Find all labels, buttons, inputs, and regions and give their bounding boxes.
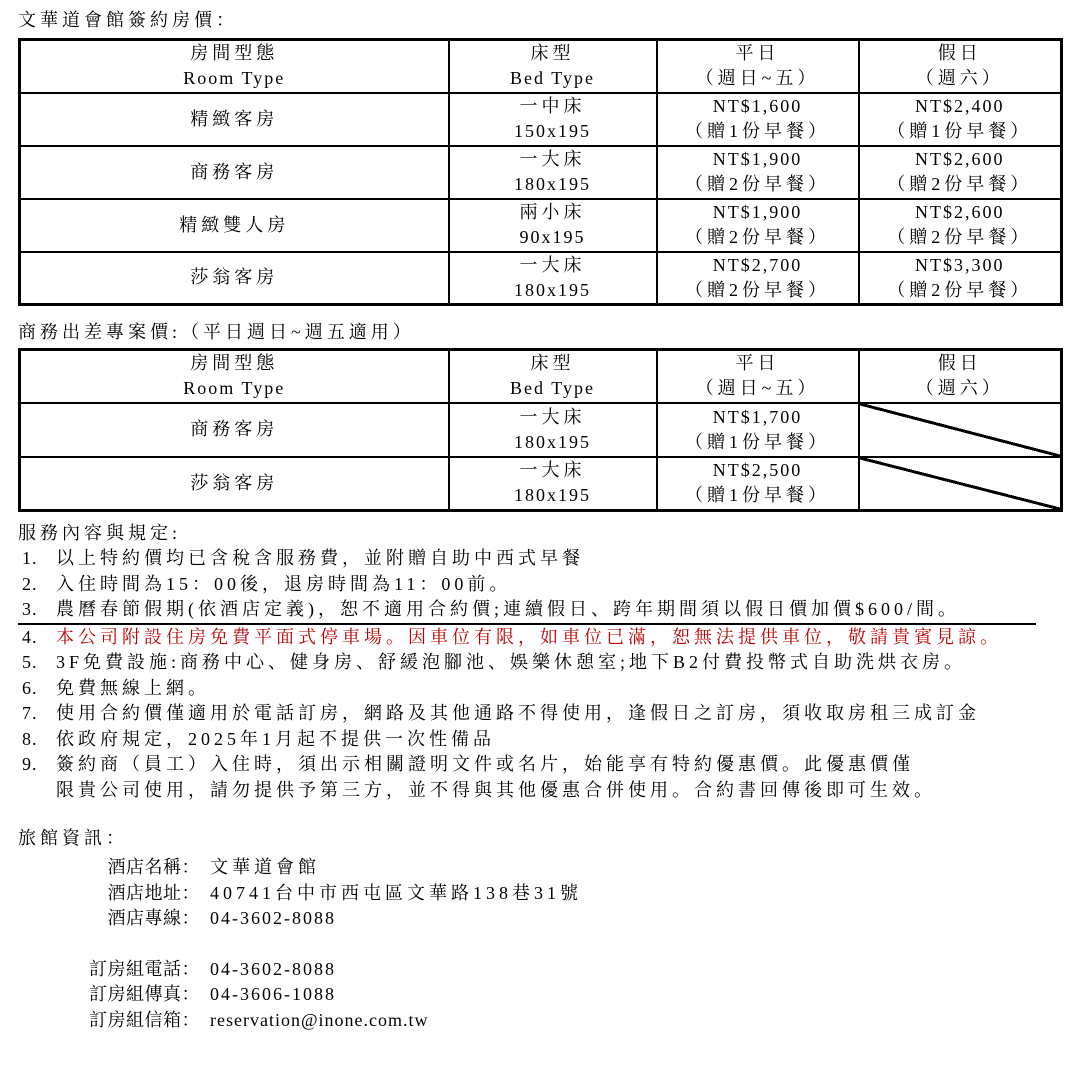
reservation-email-label: 訂房組信箱：	[18, 1008, 200, 1034]
bed-size: 180x195	[450, 172, 656, 197]
rule-item-7: 7. 使用合約價僅適用於電話訂房，網路及其他通路不得使用，逢假日之訂房，須收取房…	[18, 701, 1060, 727]
weekday-price-cell: NT$2,500 （贈1份早餐）	[657, 457, 859, 511]
reservation-phone-value: 04-3602-8088	[210, 957, 336, 983]
diagonal-strikethrough-cell	[859, 403, 1062, 457]
bed-size: 90x195	[450, 225, 656, 250]
reservation-phone-label: 訂房組電話：	[18, 957, 200, 983]
rule-item-2: 2. 入住時間為15：00後，退房時間為11：00前。	[18, 572, 1060, 598]
header-weekday-zh: 平日	[658, 351, 858, 376]
holiday-note: （贈2份早餐）	[860, 172, 1061, 197]
rule-number: 8.	[18, 727, 56, 753]
hotel-address-row: 酒店地址： 40741台中市西屯區文華路138巷31號	[18, 881, 1060, 907]
hotel-name-label: 酒店名稱：	[18, 855, 200, 881]
bed-name: 一大床	[450, 458, 656, 483]
hotel-info-title: 旅館資訊：	[18, 825, 1060, 851]
header-weekday-sub: （週日~五）	[658, 66, 858, 91]
weekday-note: （贈2份早餐）	[658, 278, 858, 303]
col-header-holiday: 假日 （週六）	[859, 350, 1062, 403]
rule-text: 3F免費設施:商務中心、健身房、舒緩泡腳池、娛樂休憩室;地下B2付費投幣式自助洗…	[56, 652, 966, 672]
rule-item-6: 6. 免費無線上網。	[18, 676, 1060, 702]
weekday-price-cell: NT$1,900 （贈2份早餐）	[657, 146, 859, 199]
header-holiday-sub: （週六）	[860, 66, 1061, 91]
bed-name: 一大床	[450, 253, 656, 278]
weekday-note: （贈1份早餐）	[658, 430, 858, 455]
table-row: 商務客房 一大床 180x195 NT$1,700 （贈1份早餐）	[20, 403, 1062, 457]
reservation-email-row: 訂房組信箱： reservation@inone.com.tw	[18, 1008, 1060, 1034]
header-bed-en: Bed Type	[450, 376, 656, 401]
hotel-phone-row: 酒店專線： 04-3602-8088	[18, 906, 1060, 932]
room-name-cell: 莎翁客房	[20, 457, 449, 511]
table-row: 商務客房 一大床 180x195 NT$1,900 （贈2份早餐） NT$2,6…	[20, 146, 1062, 199]
rule-text: 農曆春節假期(依酒店定義)，恕不適用合約價;連續假日、跨年期間須以假日價加價$6…	[56, 599, 960, 619]
contract-price-title: 文華道會館簽約房價：	[18, 8, 1060, 32]
bed-type-cell: 一大床 180x195	[449, 457, 657, 511]
weekday-note: （贈1份早餐）	[658, 483, 858, 508]
weekday-note: （贈2份早餐）	[658, 172, 858, 197]
col-header-bed-type: 床型 Bed Type	[449, 40, 657, 93]
rule-item-8: 8. 依政府規定，2025年1月起不提供一次性備品	[18, 727, 1060, 753]
header-bed-en: Bed Type	[450, 66, 656, 91]
weekday-price: NT$1,900	[658, 200, 858, 225]
header-room-zh: 房間型態	[21, 351, 448, 376]
rule-item-9: 9. 簽約商（員工）入住時，須出示相關證明文件或名片，始能享有特約優惠價。此優惠…	[18, 752, 1060, 803]
bed-name: 一中床	[450, 94, 656, 119]
holiday-price-cell: NT$2,600 （贈2份早餐）	[859, 199, 1062, 252]
rule-text: 以上特約價均已含稅含服務費，並附贈自助中西式早餐	[56, 548, 584, 568]
col-header-bed-type: 床型 Bed Type	[449, 350, 657, 403]
bed-name: 兩小床	[450, 200, 656, 225]
room-name-cell: 商務客房	[20, 146, 449, 199]
col-header-holiday: 假日 （週六）	[859, 40, 1062, 93]
holiday-price-cell: NT$3,300 （贈2份早餐）	[859, 252, 1062, 305]
reservation-email-value: reservation@inone.com.tw	[210, 1008, 429, 1034]
rule-text: 使用合約價僅適用於電話訂房，網路及其他通路不得使用，逢假日之訂房，須收取房租三成…	[56, 703, 980, 723]
rule-item-4-red: 4. 本公司附設住房免費平面式停車場。因車位有限，如車位已滿，恕無法提供車位，敬…	[18, 625, 1060, 651]
hotel-address-value: 40741台中市西屯區文華路138巷31號	[210, 881, 582, 907]
rule-number: 5.	[18, 650, 56, 676]
rule-number: 7.	[18, 701, 56, 727]
room-name-cell: 精緻客房	[20, 93, 449, 146]
table-row: 精緻客房 一中床 150x195 NT$1,600 （贈1份早餐） NT$2,4…	[20, 93, 1062, 146]
holiday-note: （贈2份早餐）	[860, 225, 1061, 250]
contract-price-table: 房間型態 Room Type 床型 Bed Type 平日 （週日~五） 假日 …	[18, 38, 1063, 306]
document-page: 文華道會館簽約房價： 房間型態 Room Type 床型 Bed Type 平日…	[0, 0, 1077, 1081]
holiday-price: NT$2,600	[860, 200, 1061, 225]
weekday-note: （贈2份早餐）	[658, 225, 858, 250]
rules-title: 服務內容與規定:	[18, 520, 1060, 546]
room-name-cell: 精緻雙人房	[20, 199, 449, 252]
reservation-fax-value: 04-3606-1088	[210, 982, 336, 1008]
weekday-price-cell: NT$1,600 （贈1份早餐）	[657, 93, 859, 146]
reservation-fax-row: 訂房組傳真： 04-3606-1088	[18, 982, 1060, 1008]
business-trip-title: 商務出差專案價:（平日週日~週五適用）	[18, 320, 1060, 344]
business-trip-table: 房間型態 Room Type 床型 Bed Type 平日 （週日~五） 假日 …	[18, 348, 1063, 512]
bed-size: 180x195	[450, 430, 656, 455]
diagonal-strikethrough-cell	[859, 457, 1062, 511]
weekday-price-cell: NT$2,700 （贈2份早餐）	[657, 252, 859, 305]
hotel-name-row: 酒店名稱： 文華道會館	[18, 855, 1060, 881]
rule-item-1: 1. 以上特約價均已含稅含服務費，並附贈自助中西式早餐	[18, 546, 1060, 572]
holiday-note: （贈1份早餐）	[860, 119, 1061, 144]
bed-size: 150x195	[450, 119, 656, 144]
holiday-note: （贈2份早餐）	[860, 278, 1061, 303]
holiday-price: NT$2,600	[860, 147, 1061, 172]
rule-text-red: 本公司附設住房免費平面式停車場。因車位有限，如車位已滿，恕無法提供車位，敬請貴賓…	[56, 627, 1002, 647]
col-header-room-type: 房間型態 Room Type	[20, 40, 449, 93]
rules-section: 服務內容與規定: 1. 以上特約價均已含稅含服務費，並附贈自助中西式早餐 2. …	[18, 520, 1060, 803]
hotel-phone-label: 酒店專線：	[18, 906, 200, 932]
rule-number: 4.	[18, 625, 56, 651]
hotel-info-section: 旅館資訊： 酒店名稱： 文華道會館 酒店地址： 40741台中市西屯區文華路13…	[18, 825, 1060, 1033]
weekday-price-cell: NT$1,700 （贈1份早餐）	[657, 403, 859, 457]
rule-number: 9.	[18, 752, 56, 778]
weekday-price: NT$1,700	[658, 405, 858, 430]
weekday-price: NT$2,500	[658, 458, 858, 483]
bed-size: 180x195	[450, 278, 656, 303]
holiday-price-cell: NT$2,400 （贈1份早餐）	[859, 93, 1062, 146]
reservation-fax-label: 訂房組傳真：	[18, 982, 200, 1008]
spacer	[18, 932, 1060, 957]
weekday-note: （贈1份早餐）	[658, 119, 858, 144]
header-weekday-sub: （週日~五）	[658, 376, 858, 401]
holiday-price: NT$3,300	[860, 253, 1061, 278]
table-row: 精緻雙人房 兩小床 90x195 NT$1,900 （贈2份早餐） NT$2,6…	[20, 199, 1062, 252]
bed-size: 180x195	[450, 483, 656, 508]
header-holiday-zh: 假日	[860, 351, 1061, 376]
table-header-row: 房間型態 Room Type 床型 Bed Type 平日 （週日~五） 假日 …	[20, 350, 1062, 403]
weekday-price-cell: NT$1,900 （贈2份早餐）	[657, 199, 859, 252]
bed-type-cell: 一大床 180x195	[449, 252, 657, 305]
room-name-cell: 商務客房	[20, 403, 449, 457]
rule-text-continued: 限貴公司使用，請勿提供予第三方，並不得與其他優惠合併使用。合約書回傳後即可生效。	[56, 778, 1060, 804]
bed-name: 一大床	[450, 147, 656, 172]
table-row: 莎翁客房 一大床 180x195 NT$2,700 （贈2份早餐） NT$3,3…	[20, 252, 1062, 305]
bed-type-cell: 一大床 180x195	[449, 403, 657, 457]
header-bed-zh: 床型	[450, 351, 656, 376]
col-header-room-type: 房間型態 Room Type	[20, 350, 449, 403]
holiday-price-cell: NT$2,600 （贈2份早餐）	[859, 146, 1062, 199]
header-room-zh: 房間型態	[21, 41, 448, 66]
bed-type-cell: 一大床 180x195	[449, 146, 657, 199]
room-name-cell: 莎翁客房	[20, 252, 449, 305]
header-room-en: Room Type	[21, 376, 448, 401]
rule-text: 免費無線上網。	[56, 678, 210, 698]
bed-type-cell: 兩小床 90x195	[449, 199, 657, 252]
weekday-price: NT$1,900	[658, 147, 858, 172]
col-header-weekday: 平日 （週日~五）	[657, 40, 859, 93]
rule-text: 依政府規定，2025年1月起不提供一次性備品	[56, 729, 495, 749]
header-weekday-zh: 平日	[658, 41, 858, 66]
hotel-phone-value: 04-3602-8088	[210, 906, 336, 932]
bed-name: 一大床	[450, 405, 656, 430]
hotel-name-value: 文華道會館	[210, 855, 320, 881]
weekday-price: NT$2,700	[658, 253, 858, 278]
weekday-price: NT$1,600	[658, 94, 858, 119]
header-bed-zh: 床型	[450, 41, 656, 66]
rule-text: 入住時間為15：00後，退房時間為11：00前。	[56, 574, 511, 594]
col-header-weekday: 平日 （週日~五）	[657, 350, 859, 403]
rule-text: 簽約商（員工）入住時，須出示相關證明文件或名片，始能享有特約優惠價。此優惠價僅	[56, 754, 914, 774]
table-header-row: 房間型態 Room Type 床型 Bed Type 平日 （週日~五） 假日 …	[20, 40, 1062, 93]
reservation-phone-row: 訂房組電話： 04-3602-8088	[18, 957, 1060, 983]
rule-number: 3.	[18, 597, 56, 623]
rule-item-3-underlined: 3. 農曆春節假期(依酒店定義)，恕不適用合約價;連續假日、跨年期間須以假日價加…	[18, 597, 1036, 625]
table-row: 莎翁客房 一大床 180x195 NT$2,500 （贈1份早餐）	[20, 457, 1062, 511]
hotel-address-label: 酒店地址：	[18, 881, 200, 907]
header-room-en: Room Type	[21, 66, 448, 91]
rule-item-5: 5. 3F免費設施:商務中心、健身房、舒緩泡腳池、娛樂休憩室;地下B2付費投幣式…	[18, 650, 1060, 676]
rule-number: 6.	[18, 676, 56, 702]
bed-type-cell: 一中床 150x195	[449, 93, 657, 146]
holiday-price: NT$2,400	[860, 94, 1061, 119]
rule-number: 1.	[18, 546, 56, 572]
header-holiday-sub: （週六）	[860, 376, 1061, 401]
rule-number: 2.	[18, 572, 56, 598]
header-holiday-zh: 假日	[860, 41, 1061, 66]
